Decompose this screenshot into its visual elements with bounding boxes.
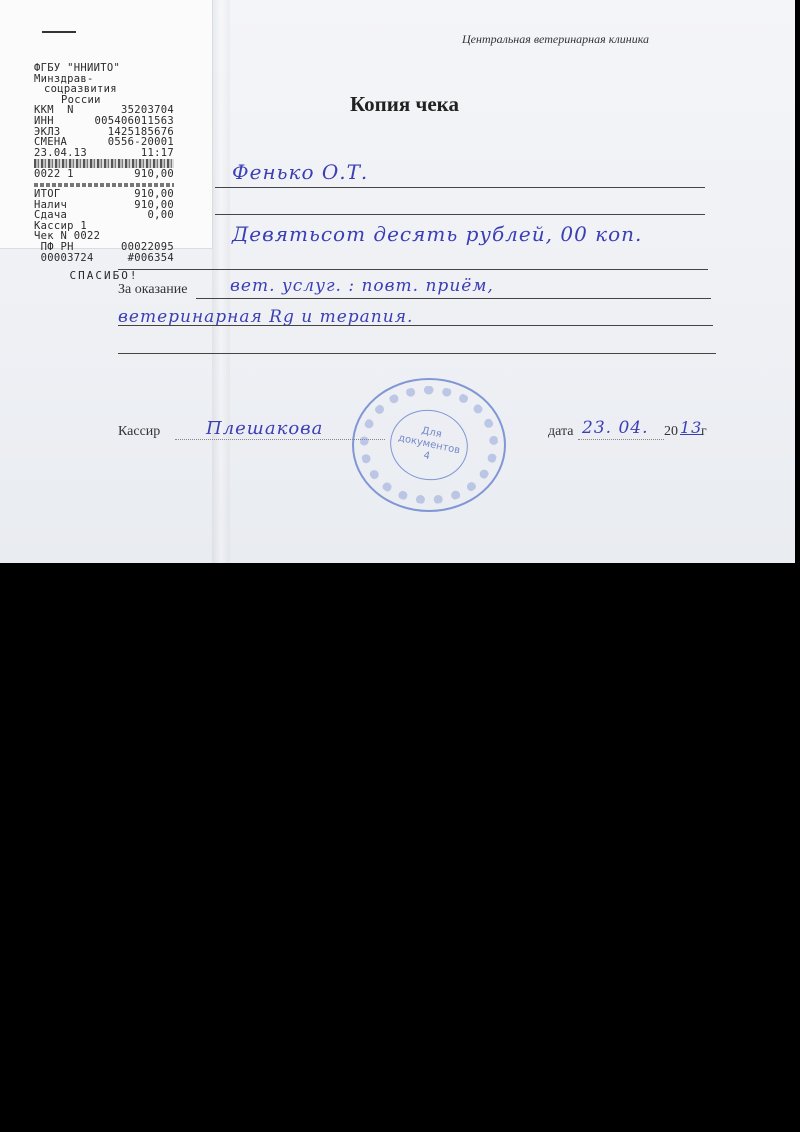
service-line-2 bbox=[118, 325, 713, 326]
receipt-separator bbox=[34, 183, 174, 187]
date-line bbox=[578, 439, 664, 440]
service-text-1: вет. услуг. : повт. приём, bbox=[230, 276, 494, 296]
receipt-date: 23.04.13 bbox=[34, 148, 87, 159]
cash-register-receipt: ФГБУ "ННИИТО" Минздрав- соцразвития Росс… bbox=[0, 0, 213, 249]
service-label: За оказание bbox=[118, 282, 187, 298]
date-year-suffix: 13 bbox=[680, 418, 702, 437]
amount-words: Девятьсот десять рублей, 00 коп. bbox=[232, 222, 642, 246]
receipt-serial: #006354 bbox=[128, 253, 174, 264]
date-day-month: 23. 04. bbox=[582, 418, 648, 438]
receipt-copy-document: ФГБУ "ННИИТО" Минздрав- соцразвития Росс… bbox=[0, 0, 795, 563]
receipt-org: соцразвития bbox=[34, 84, 174, 95]
receipt-change: 0,00 bbox=[148, 210, 175, 221]
receipt-inn: 005406011563 bbox=[95, 116, 174, 127]
stamp-text: 4 bbox=[422, 450, 431, 463]
service-line-1 bbox=[196, 298, 711, 299]
clinic-name: Центральная ветеринарная клиника bbox=[462, 32, 649, 47]
receipt-doc-no: 00003724 bbox=[34, 253, 94, 264]
paper-fold bbox=[212, 0, 230, 563]
date-label: дата bbox=[548, 424, 573, 440]
receipt-thanks: СПАСИБО! bbox=[34, 271, 174, 282]
receipt-item-code: 0022 1 bbox=[34, 169, 74, 180]
receipt-pf: 00022095 bbox=[121, 242, 174, 253]
receipt-time: 11:17 bbox=[141, 148, 174, 159]
receipt-tear-mark bbox=[42, 31, 76, 33]
receipt-barcode-strip bbox=[34, 159, 174, 168]
amount-line-top bbox=[215, 214, 705, 215]
cashier-signature: Плешакова bbox=[206, 418, 323, 439]
document-title: Копия чека bbox=[350, 92, 459, 117]
receipt-total-label: ИТОГ bbox=[34, 189, 61, 200]
service-line-3 bbox=[118, 353, 716, 354]
receipt-pf-label: ПФ РН bbox=[34, 242, 74, 253]
date-unit: г bbox=[701, 424, 707, 440]
official-stamp: Для документов 4 bbox=[352, 378, 506, 512]
cashier-label: Кассир bbox=[118, 424, 160, 440]
payer-line bbox=[215, 187, 705, 188]
date-year-prefix: 20 bbox=[664, 424, 678, 440]
receipt-item-amount: 910,00 bbox=[134, 169, 174, 180]
service-text-2: ветеринарная Rg и терапия. bbox=[118, 307, 413, 327]
receipt-inn-label: ИНН bbox=[34, 116, 54, 127]
payer-name: Фенько О.Т. bbox=[232, 160, 368, 184]
amount-line bbox=[118, 269, 708, 270]
receipt-total: 910,00 bbox=[134, 189, 174, 200]
receipt-org: ФГБУ "ННИИТО" bbox=[34, 63, 120, 74]
